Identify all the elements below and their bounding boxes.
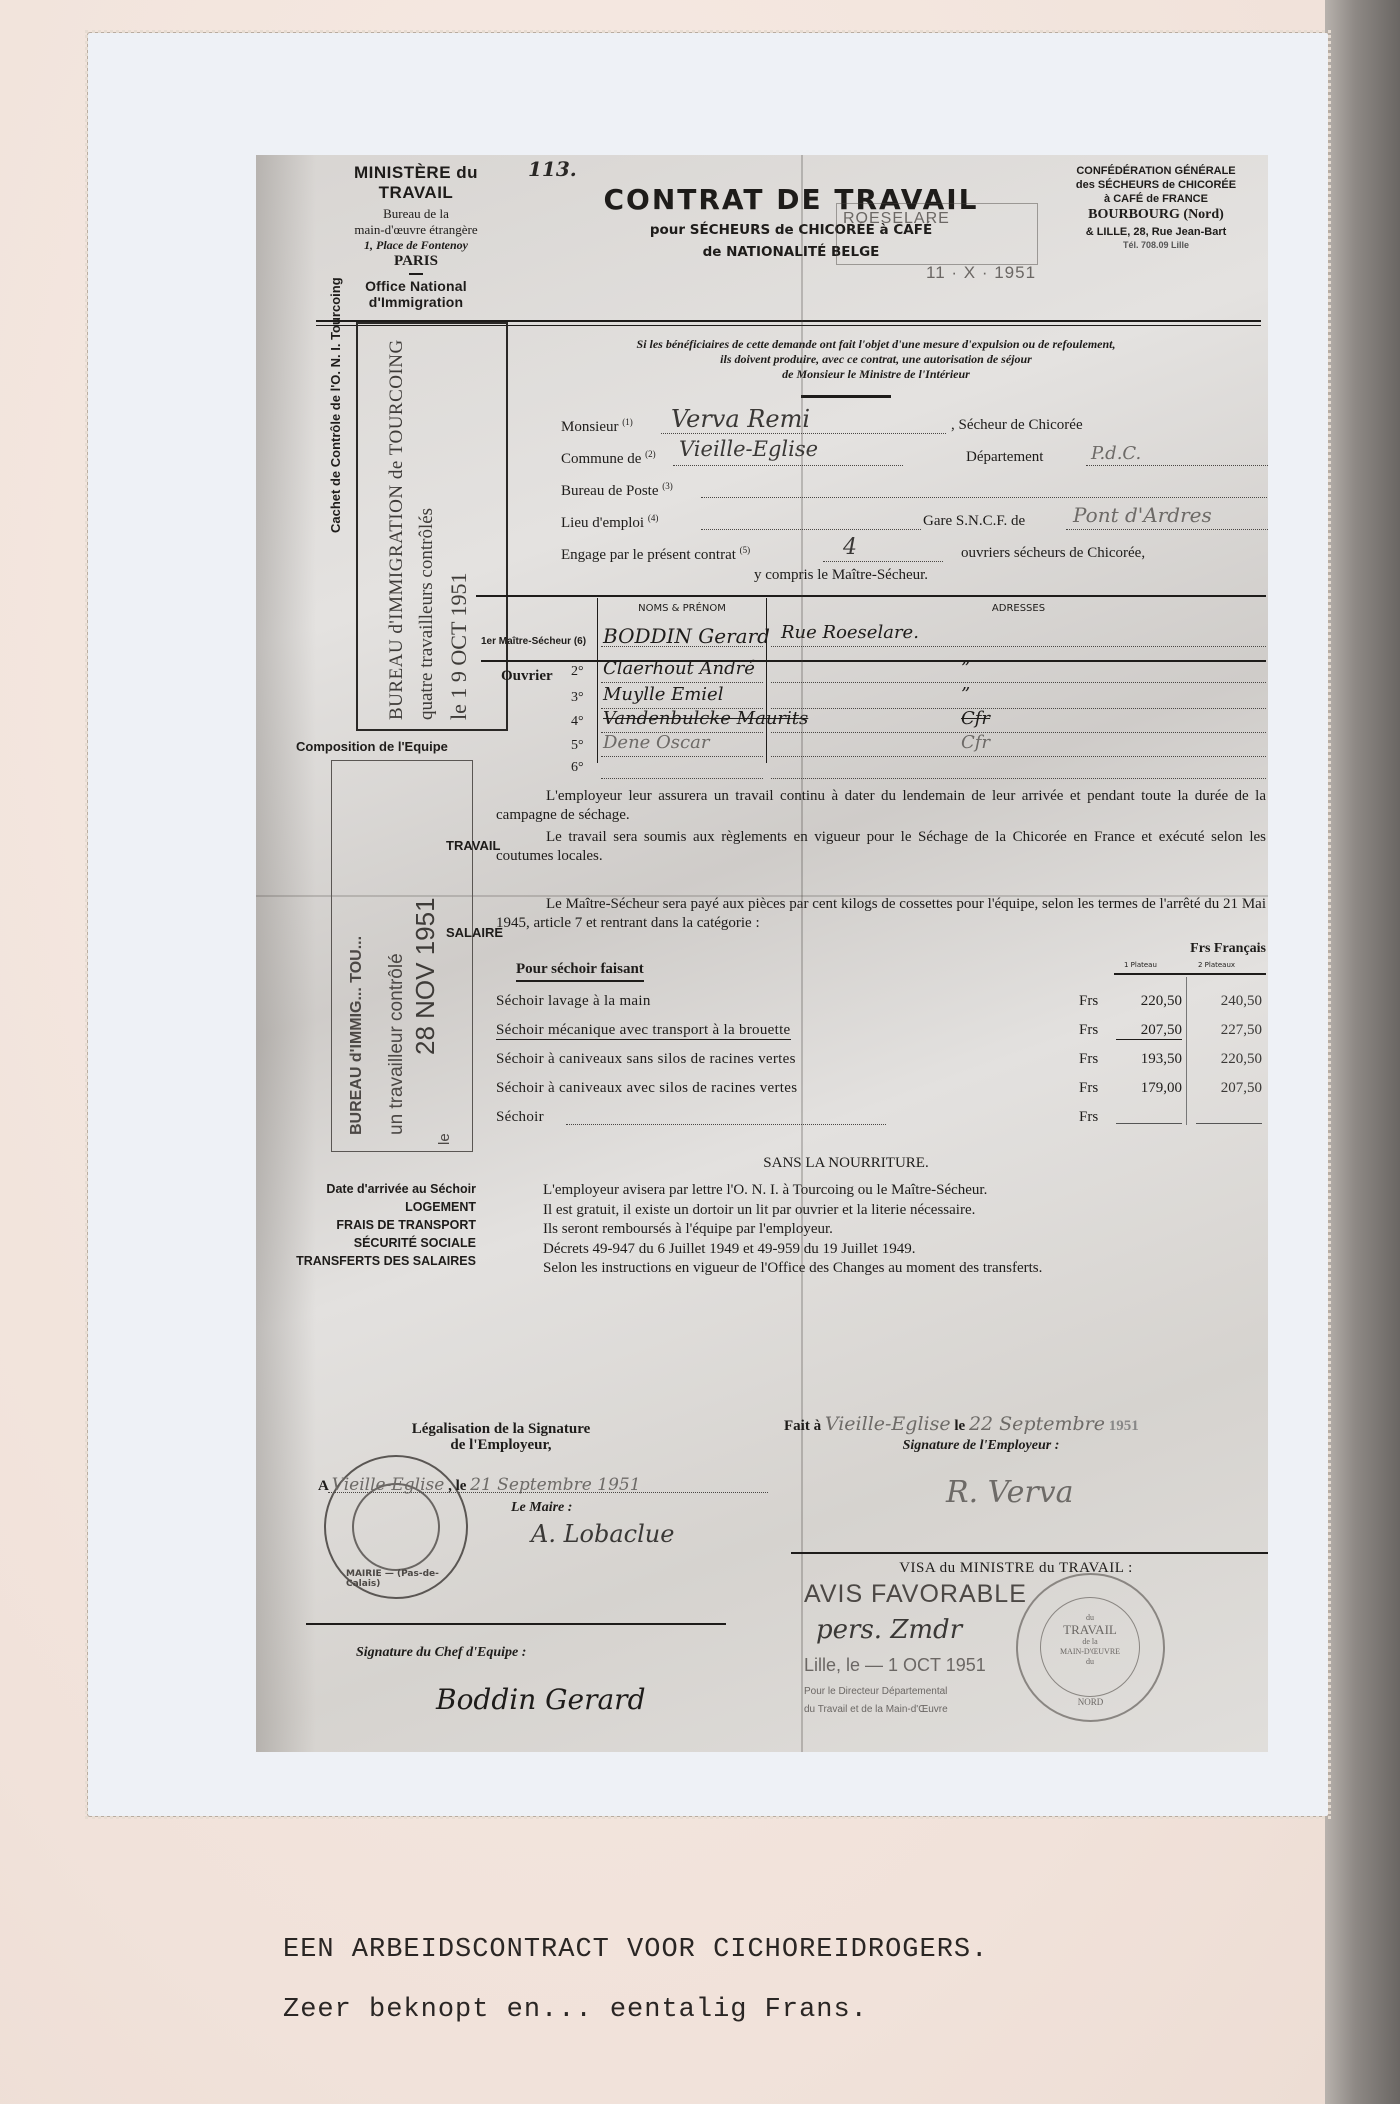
legalisation-rule: [306, 1623, 726, 1625]
condition-transferts: Selon les instructions en vigueur de l'O…: [496, 1259, 1266, 1279]
dotted-line: [601, 756, 763, 757]
worker-name[interactable]: Muylle Emiel: [603, 684, 723, 705]
bureau-line1: Bureau de la: [316, 206, 516, 222]
form-fields: Monsieur (1) Verva Remi , Sécheur de Chi…: [561, 417, 1268, 584]
conf-line6: Tél. 708.09 Lille: [1056, 240, 1256, 250]
condition-logement: Il est gratuit, il existe un dortoir un …: [496, 1201, 1266, 1221]
notice-line3: de Monsieur le Ministre de l'Intérieur: [486, 367, 1266, 382]
row-number: 3°: [571, 690, 584, 706]
tourcoing-stamp-line1: BUREAU d'IMMIGRATION de TOURCOING: [386, 339, 408, 720]
rate-row: Séchoir à caniveaux avec silos de racine…: [496, 1080, 1266, 1104]
rate-currency: Frs: [1079, 1080, 1098, 1097]
ministry-name: MINISTÈRE du TRAVAIL: [316, 163, 516, 203]
dotted-line: [673, 465, 903, 466]
tourcoing-stamp-line3: le 1 9 OCT 1951: [446, 573, 472, 720]
row-number: 2°: [571, 664, 584, 680]
employer-signature-label: Signature de l'Employeur :: [816, 1438, 1146, 1454]
dotted-line: [771, 732, 1266, 733]
photo-shading: [256, 155, 316, 1752]
worker-name[interactable]: Vandenbulcke Maurits: [603, 708, 808, 729]
team-row: BODDIN GerardRue Roeselare.: [481, 626, 1266, 648]
seal-line2: TRAVAIL: [1040, 1623, 1140, 1637]
notice-line2: ils doivent produire, avec ce contrat, u…: [486, 352, 1266, 367]
stamp2-le: le: [436, 1133, 453, 1145]
rate-2-plateaux: 207,50: [1196, 1080, 1262, 1097]
frais-transport-label: FRAIS DE TRANSPORT: [276, 1216, 476, 1234]
dotted-line: [701, 497, 1268, 498]
rates-header-rule: [1114, 973, 1266, 975]
ministry-seal-text: du TRAVAIL de la MAIN-D'ŒUVRE du: [1040, 1613, 1140, 1667]
stamp2-line1: BUREAU d'IMMIG... TOU...: [348, 936, 366, 1135]
stamp2-line2: un travailleur contrôlé: [386, 953, 408, 1135]
maire-signature: A. Lobaclue: [531, 1520, 674, 1548]
condition-arrivee: L'employeur avisera par lettre l'O. N. I…: [496, 1181, 1266, 1201]
worker-address[interactable]: ”: [961, 658, 970, 679]
dotted-line: [566, 1124, 886, 1125]
date-arrivee-label: Date d'arrivée au Séchoir: [276, 1180, 476, 1198]
rate-label: Séchoir: [496, 1109, 544, 1126]
team-table: NOMS & PRÉNOM ADRESSES 1er Maître-Sécheu…: [481, 598, 1266, 763]
visa-stamp-line2: du Travail et de la Main-d'Œuvre: [804, 1701, 948, 1719]
team-row: 2°Claerhout André”: [481, 662, 1266, 684]
col1-header: 1 Plateau: [1124, 961, 1157, 969]
engage-suffix: ouvriers sécheurs de Chicorée,: [961, 545, 1145, 562]
visa-stamp-lines: Pour le Directeur Départemental du Trava…: [804, 1683, 948, 1719]
dotted-line: [771, 756, 1266, 757]
col-addresses-header: ADRESSES: [771, 603, 1266, 614]
monsieur-suffix: , Sécheur de Chicorée: [951, 417, 1083, 434]
rate-row: Séchoir mécanique avec transport à la br…: [496, 1022, 1266, 1046]
rate-label: Séchoir à caniveaux sans silos de racine…: [496, 1051, 796, 1068]
travail-paragraph1: L'employeur leur assurera un travail con…: [496, 787, 1266, 825]
departement-label: Département: [966, 449, 1043, 466]
row-number: 6°: [571, 760, 584, 776]
rate-row: Séchoir lavage à la mainFrs220,50240,50: [496, 993, 1266, 1017]
cachet-label: Cachet de Contrôle de l'O. N. I. Tourcoi…: [328, 277, 343, 533]
worker-address[interactable]: ”: [961, 684, 970, 705]
mairie-seal-text: MAIRIE — (Pas-de-Calais): [346, 1569, 466, 1589]
dotted-line: [1066, 529, 1268, 530]
seal-line5: du: [1040, 1657, 1140, 1667]
fait-place[interactable]: Vieille-Eglise: [825, 1413, 951, 1435]
commune-value[interactable]: Vieille-Eglise: [679, 437, 818, 461]
conditions-labels: Date d'arrivée au Séchoir LOGEMENT FRAIS…: [276, 1180, 476, 1270]
employer-signature: R. Verva: [946, 1475, 1074, 1510]
worker-address[interactable]: Cfr: [961, 732, 990, 753]
employer-rule: [791, 1552, 1268, 1554]
rate-2-plateaux: 227,50: [1196, 1022, 1262, 1039]
rate-1-plateau: 193,50: [1116, 1051, 1182, 1068]
dotted-line: [328, 1492, 768, 1493]
rate-label: Séchoir lavage à la main: [496, 993, 651, 1010]
dotted-line: [601, 646, 763, 647]
a-label: A: [318, 1478, 328, 1494]
rate-currency: Frs: [1079, 993, 1098, 1010]
photo-print: MINISTÈRE du TRAVAIL Bureau de la main-d…: [88, 33, 1328, 1816]
contract-document: MINISTÈRE du TRAVAIL Bureau de la main-d…: [256, 155, 1268, 1752]
engage-label: Engage par le présent contrat: [561, 547, 736, 563]
visa-stamp-line1: Pour le Directeur Départemental: [804, 1683, 948, 1701]
dotted-line: [771, 646, 1266, 647]
fait-a-line: Fait à Vieille-Eglise le 22 Septembre 19…: [784, 1413, 1268, 1435]
legalisation-title2: de l'Employeur,: [336, 1437, 666, 1453]
rate-2-plateaux: [1196, 1109, 1262, 1124]
worker-name[interactable]: Dene Oscar: [603, 732, 709, 753]
legalisation-title: Légalisation de la Signature de l'Employ…: [336, 1421, 666, 1453]
salaire-label: SALAIRE: [446, 925, 503, 940]
engage-note: (5): [740, 545, 751, 555]
roeselare-stamp: ROESELARE: [836, 203, 1038, 265]
condition-securite: Décrets 49-947 du 6 Juillet 1949 et 49-9…: [496, 1240, 1266, 1260]
row-number: 5°: [571, 738, 584, 754]
notice-line1: Si les bénéficiaires de cette demande on…: [486, 337, 1266, 352]
avis-favorable-stamp: AVIS FAVORABLE: [804, 1580, 1027, 1609]
engage-value[interactable]: 4: [843, 535, 857, 560]
ministry-seal: du TRAVAIL de la MAIN-D'ŒUVRE du NORD: [1016, 1573, 1165, 1722]
monsieur-value[interactable]: Verva Remi: [671, 405, 810, 433]
poste-label: Bureau de Poste: [561, 483, 658, 499]
dotted-line: [1086, 465, 1268, 466]
departement-value[interactable]: P.d.C.: [1091, 443, 1141, 464]
rate-currency: Frs: [1079, 1109, 1098, 1126]
confederation-header: CONFÉDÉRATION GÉNÉRALE des SÉCHEURS de C…: [1056, 165, 1256, 250]
commune-field: Commune de (2) Vieille-Eglise Départemen…: [561, 449, 1268, 481]
reference-number: 113.: [528, 157, 577, 181]
seal-line3: de la: [1040, 1637, 1140, 1647]
dotted-line: [771, 778, 1266, 779]
ministry-header: MINISTÈRE du TRAVAIL Bureau de la main-d…: [316, 163, 516, 310]
poste-note: (3): [662, 481, 673, 491]
rates-section-label: Pour séchoir faisant: [516, 961, 644, 982]
rate-1-plateau: 220,50: [1116, 993, 1182, 1010]
commune-note: (2): [645, 449, 656, 459]
seal-line4: MAIN-D'ŒUVRE: [1040, 1647, 1140, 1657]
team-row: 4°Vandenbulcke MauritsCfr: [481, 712, 1266, 734]
gare-value[interactable]: Pont d'Ardres: [1073, 503, 1212, 527]
worker-address[interactable]: Cfr: [961, 708, 990, 729]
col2-header: 2 Plateaux: [1198, 961, 1235, 969]
conf-line1: CONFÉDÉRATION GÉNÉRALE: [1056, 165, 1256, 177]
rate-1-plateau: 179,00: [1116, 1080, 1182, 1097]
rate-2-plateaux: 240,50: [1196, 993, 1262, 1010]
tourcoing-stamp-line2: quatre travailleurs contrôlés: [416, 508, 438, 720]
composition-label: Composition de l'Equipe: [296, 739, 448, 754]
rates-currency-header: Frs Français: [1086, 941, 1266, 957]
condition-transport: Ils seront remboursés à l'équipe par l'e…: [496, 1220, 1266, 1240]
lieu-label: Lieu d'emploi: [561, 515, 644, 531]
maire-label: Le Maire :: [511, 1500, 572, 1516]
worker-name[interactable]: BODDIN Gerard: [603, 624, 770, 648]
dotted-line: [701, 529, 921, 530]
monsieur-label: Monsieur: [561, 419, 619, 435]
rate-currency: Frs: [1079, 1051, 1098, 1068]
fold-crease-vertical: [801, 155, 803, 1752]
binding-shadow: [1325, 0, 1400, 2104]
conditions-text: L'employeur avisera par lettre l'O. N. I…: [496, 1181, 1266, 1279]
office-name: Office National d'Immigration: [316, 278, 516, 310]
rate-row: Séchoir à caniveaux sans silos de racine…: [496, 1051, 1266, 1075]
fait-year: 1951: [1109, 1418, 1139, 1434]
visa-title: VISA du MINISTRE du TRAVAIL :: [816, 1560, 1216, 1577]
rate-2-plateaux: 220,50: [1196, 1051, 1262, 1068]
team-row: 5°Dene OscarCfr: [481, 736, 1266, 758]
monsieur-field: Monsieur (1) Verva Remi , Sécheur de Chi…: [561, 417, 1268, 449]
transferts-label: TRANSFERTS DES SALAIRES: [276, 1252, 476, 1270]
salaire-text: Le Maître-Sécheur sera payé aux pièces p…: [496, 895, 1266, 933]
conf-line2: des SÉCHEURS de CHICORÉE: [1056, 179, 1256, 191]
table-top-rule: [476, 595, 1266, 597]
rate-label: Séchoir mécanique avec transport à la br…: [496, 1022, 791, 1040]
engage-field: Engage par le présent contrat (5) 4 ouvr…: [561, 545, 1268, 567]
lieu-note: (4): [648, 513, 659, 523]
legalisation-title1: Légalisation de la Signature: [336, 1421, 666, 1437]
dotted-line: [823, 561, 943, 562]
row-number: 4°: [571, 714, 584, 730]
chef-equipe-signature: Boddin Gerard: [436, 1683, 646, 1716]
travail-paragraph2: Le travail sera soumis aux règlements en…: [496, 828, 1266, 866]
conf-line3: à CAFÉ de FRANCE: [1056, 193, 1256, 205]
col-names-header: NOMS & PRÉNOM: [597, 603, 767, 614]
sans-nourriture: SANS LA NOURRITURE.: [696, 1155, 996, 1172]
conf-line4: BOURBOURG (Nord): [1056, 207, 1256, 223]
fait-date[interactable]: 22 Septembre: [969, 1413, 1105, 1435]
worker-name[interactable]: Claerhout André: [603, 658, 755, 679]
dotted-line: [771, 708, 1266, 709]
fait-le-label: le: [954, 1418, 965, 1434]
logement-label: LOGEMENT: [276, 1198, 476, 1216]
rate-1-plateau: 207,50: [1116, 1022, 1182, 1040]
ministry-city: PARIS: [316, 253, 516, 270]
engage-line2: y compris le Maître-Sécheur.: [561, 567, 1121, 584]
fait-label: Fait à: [784, 1418, 821, 1434]
rate-row: SéchoirFrs: [496, 1109, 1266, 1133]
travail-text: L'employeur leur assurera un travail con…: [496, 787, 1266, 866]
caption-line1: EEN ARBEIDSCONTRACT VOOR CICHOREIDROGERS…: [283, 1935, 988, 1965]
gare-label: Gare S.N.C.F. de: [923, 513, 1025, 530]
travail-label: TRAVAIL: [446, 838, 500, 853]
stamp-place: ROESELARE: [837, 204, 1037, 228]
stamp2-date: 28 NOV 1951: [410, 897, 441, 1055]
bureau-line2: main-d'œuvre étrangère: [316, 222, 516, 238]
dotted-line: [661, 433, 946, 434]
chef-equipe-label: Signature du Chef d'Equipe :: [356, 1645, 526, 1661]
monsieur-note: (1): [622, 417, 633, 427]
dotted-line: [601, 682, 763, 683]
notice-divider: [801, 395, 891, 398]
expulsion-notice: Si les bénéficiaires de cette demande on…: [486, 337, 1266, 382]
conf-line5: & LILLE, 28, Rue Jean-Bart: [1056, 226, 1256, 238]
rate-1-plateau: [1116, 1109, 1182, 1124]
rate-currency: Frs: [1079, 1022, 1098, 1039]
visa-stamp-date: Lille, le — 1 OCT 1951: [804, 1655, 986, 1676]
legalisation-place-date: A Vieille-Eglise , le 21 Septembre 1951: [318, 1475, 778, 1495]
divider: [409, 273, 423, 275]
team-row: 3°Muylle Emiel”: [481, 688, 1266, 710]
roeselare-stamp-date: 11 · X · 1951: [926, 263, 1036, 283]
seal-inner-ring: [352, 1483, 440, 1571]
team-row: 6°: [481, 758, 1266, 780]
ministry-address: 1, Place de Fontenoy: [316, 238, 516, 253]
dotted-line: [601, 778, 763, 779]
rate-label: Séchoir à caniveaux avec silos de racine…: [496, 1080, 797, 1097]
securite-sociale-label: SÉCURITÉ SOCIALE: [276, 1234, 476, 1252]
caption-line2: Zeer beknopt en... eentalig Frans.: [283, 1995, 868, 2025]
commune-label: Commune de: [561, 451, 641, 467]
lieu-field: Lieu d'emploi (4) Gare S.N.C.F. de Pont …: [561, 513, 1268, 545]
dotted-line: [771, 682, 1266, 683]
seal-line6: NORD: [1018, 1697, 1163, 1707]
visa-handwritten: pers. Zmdr: [816, 1615, 962, 1645]
